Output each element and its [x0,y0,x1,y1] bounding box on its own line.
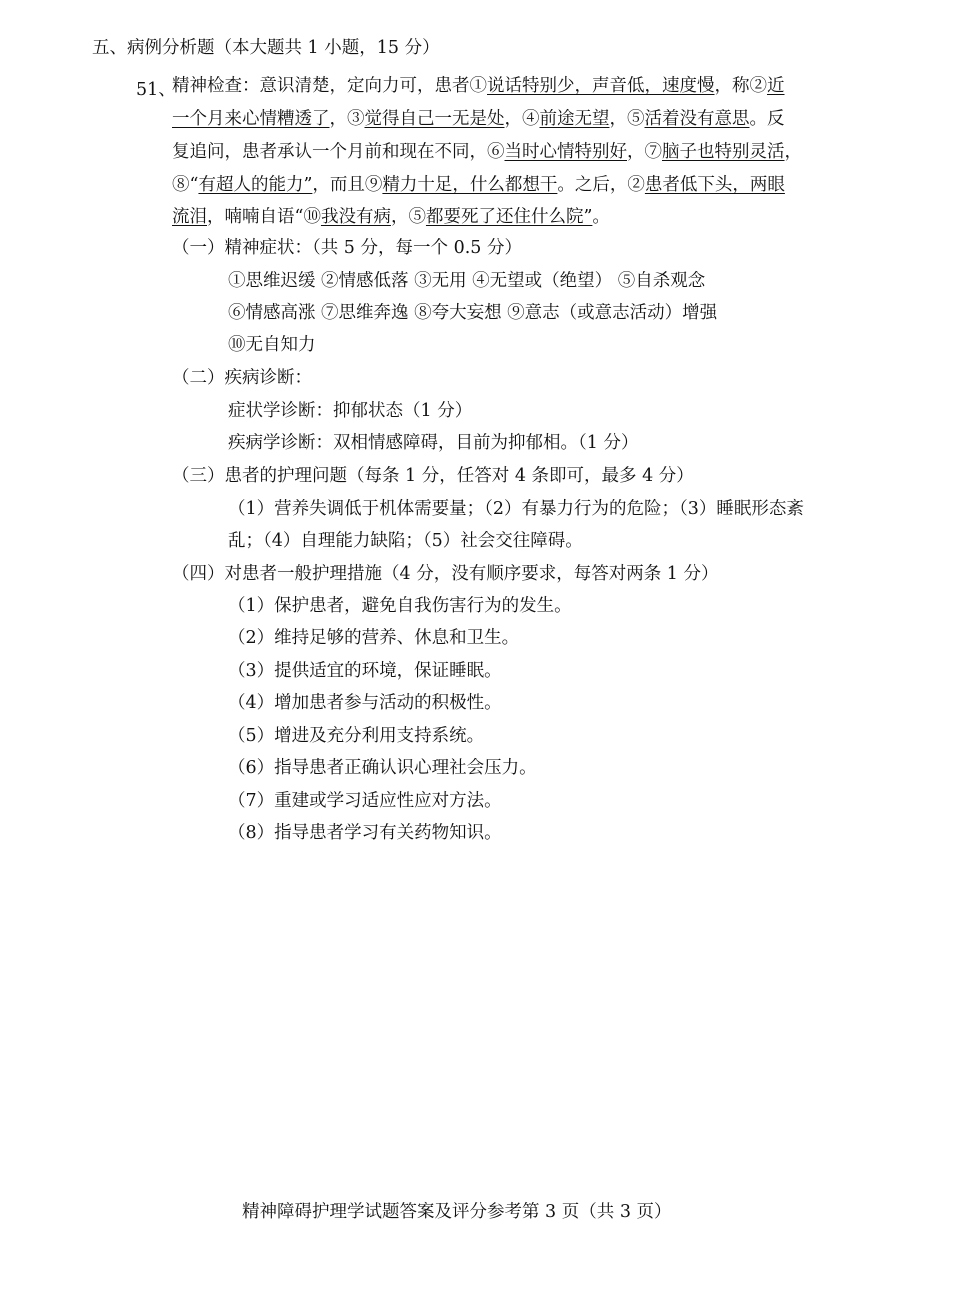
underlined-symptom-text: 脑子也特别灵活 [662,142,785,162]
question-text-segment: ，④ [505,109,540,129]
question-line-2: 一个月来心情糟透了，③觉得自己一无是处，④前途无望，⑤活着没有意思。反 [172,103,785,136]
measure-row: （2）维持足够的营养、休息和卫生。 [228,622,519,655]
problem-row: 乱；（4）自理能力缺陷；（5）社会交往障碍。 [228,525,583,558]
measure-row: （5）增进及充分利用支持系统。 [228,720,484,753]
question-text-segment: ，⑤ [391,207,426,227]
underlined-symptom-text: 说话特别少，声音低，速度慢 [487,76,715,96]
measure-row: （4）增加患者参与活动的积极性。 [228,687,502,720]
question-line-5: 流泪，喃喃自语“⑩我没有病，⑤都要死了还住什么院”。 [172,201,610,234]
section-title: 五、病例分析题（本大题共 1 小题，15 分） [92,34,440,59]
question-line-1: 精神检查：意识清楚，定向力可，患者①说话特别少，声音低，速度慢，称②近 [172,70,785,103]
underlined-symptom-text: 活着没有意思 [645,109,750,129]
question-text-segment: ， [785,142,803,162]
diagnosis-row: 症状学诊断：抑郁状态（1 分） [228,395,472,428]
part-3-heading: （三）患者的护理问题（每条 1 分，任答对 4 条即可，最多 4 分） [172,460,694,493]
part-1-heading: （一）精神症状：（共 5 分，每一个 0.5 分） [172,232,522,265]
measure-row: （1）保护患者，避免自我伤害行为的发生。 [228,590,572,623]
question-text-segment: 。之后，② [557,175,645,195]
question-text-segment: ⑧“ [172,175,198,195]
question-line-4: ⑧“有超人的能力”，而且⑨精力十足，什么都想干。之后，②患者低下头，两眼 [172,169,785,202]
question-text-segment: 精神检查：意识清楚，定向力可，患者① [172,76,487,96]
question-text-segment: ，喃喃自语“⑩ [207,207,321,227]
question-text-segment: ，称② [715,76,768,96]
symptom-row: ⑥情感高涨 ⑦思维奔逸 ⑧夸大妄想 ⑨意志（或意志活动）增强 [228,297,717,330]
page-footer: 精神障碍护理学试题答案及评分参考第 3 页（共 3 页） [242,1198,672,1223]
part-4-heading: （四）对患者一般护理措施（4 分，没有顺序要求，每答对两条 1 分） [172,558,718,591]
measure-row: （6）指导患者正确认识心理社会压力。 [228,752,537,785]
question-text-segment: 。反 [750,109,785,129]
part-2-heading: （二）疾病诊断： [172,362,312,395]
question-text-segment: ，⑤ [610,109,645,129]
question-text-segment: ，⑦ [627,142,662,162]
underlined-symptom-text: 精力十足，什么都想干 [382,175,557,195]
symptom-row: ⑩无自知力 [228,329,316,362]
underlined-symptom-text: 都要死了还住什么院” [426,207,592,227]
underlined-symptom-text: 我没有病 [321,207,391,227]
question-text-segment: 复追问，患者承认一个月前和现在不同，⑥ [172,142,505,162]
measure-row: （3）提供适宜的环境，保证睡眠。 [228,655,502,688]
problem-row: （1）营养失调低于机体需要量；（2）有暴力行为的危险；（3）睡眠形态紊 [228,493,804,526]
underlined-symptom-text: 当时心情特别好 [505,142,628,162]
underlined-symptom-text: 近 [767,76,785,96]
measure-row: （7）重建或学习适应性应对方法。 [228,785,502,818]
measure-row: （8）指导患者学习有关药物知识。 [228,817,502,850]
underlined-symptom-text: 有超人的能力” [198,175,312,195]
underlined-symptom-text: 前途无望 [540,109,610,129]
question-text-segment: 。 [592,207,610,227]
underlined-symptom-text: 流泪 [172,207,207,227]
underlined-symptom-text: 患者低下头，两眼 [645,175,785,195]
question-text-segment: ，③ [330,109,365,129]
diagnosis-row: 疾病学诊断：双相情感障碍，目前为抑郁相。（1 分） [228,427,638,460]
question-number: 51、 [136,76,176,101]
underlined-symptom-text: 觉得自己一无是处 [365,109,505,129]
question-line-3: 复追问，患者承认一个月前和现在不同，⑥当时心情特别好，⑦脑子也特别灵活， [172,136,802,169]
question-text-segment: ，而且⑨ [312,175,382,195]
underlined-symptom-text: 一个月来心情糟透了 [172,109,330,129]
symptom-row: ①思维迟缓 ②情感低落 ③无用 ④无望或（绝望） ⑤自杀观念 [228,265,705,298]
